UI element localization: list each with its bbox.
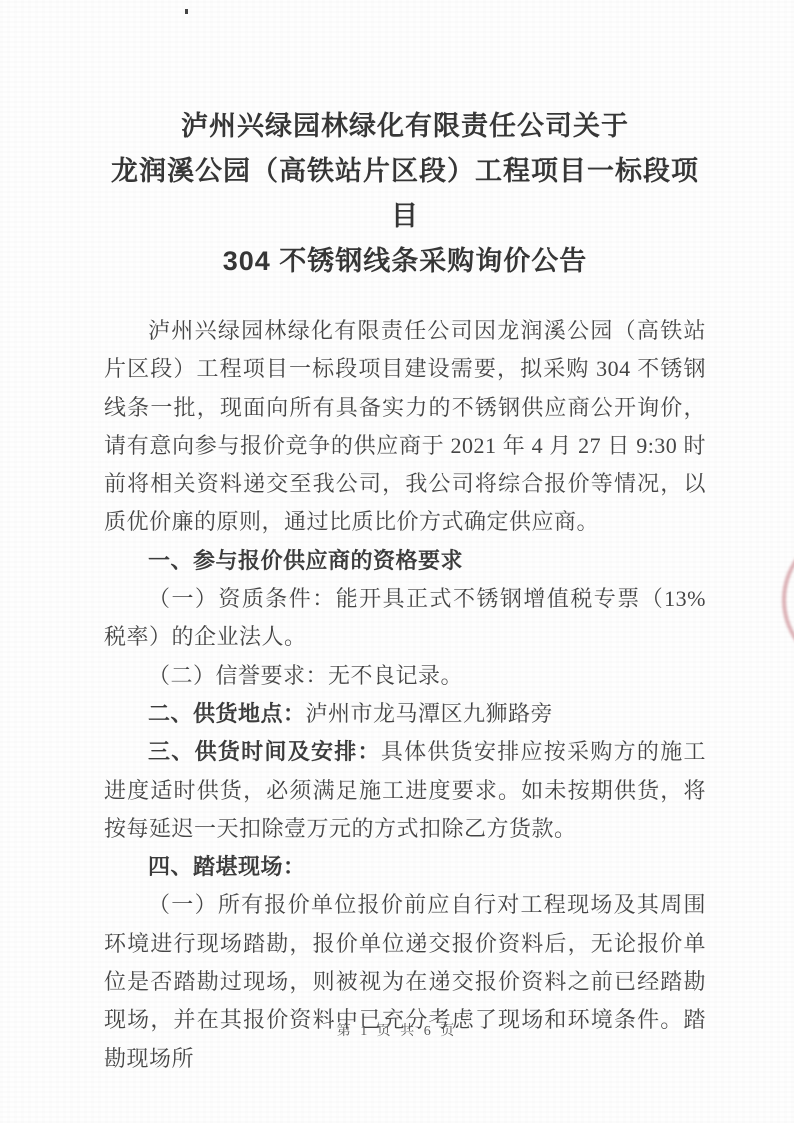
section-2-line: 二、供货地点：泸州市龙马潭区九狮路旁	[104, 695, 706, 733]
page-footer: 第 1 页 共 6 页	[0, 1020, 794, 1040]
document-body: 泸州兴绿园林绿化有限责任公司因龙润溪公园（高铁站片区段）工程项目一标段项目建设需…	[104, 312, 706, 1078]
section-3-line: 三、供货时间及安排：具体供货安排应按采购方的施工进度适时供货，必须满足施工进度要…	[104, 733, 706, 848]
document-title: 泸州兴绿园林绿化有限责任公司关于 龙润溪公园（高铁站片区段）工程项目一标段项目 …	[104, 104, 706, 284]
section-3-heading-label: 三、供货时间及安排：	[148, 739, 381, 764]
section-1-heading: 一、参与报价供应商的资格要求	[104, 542, 706, 580]
section-4-heading: 四、踏堪现场：	[104, 848, 706, 886]
title-line-1: 泸州兴绿园林绿化有限责任公司关于	[104, 104, 706, 149]
scanned-document-page: 泸州兴绿园林绿化有限责任公司关于 龙润溪公园（高铁站片区段）工程项目一标段项目 …	[0, 0, 794, 1123]
section-1-item-1: （一）资质条件：能开具正式不锈钢增值税专票（13%税率）的企业法人。	[104, 580, 706, 657]
intro-paragraph: 泸州兴绿园林绿化有限责任公司因龙润溪公园（高铁站片区段）工程项目一标段项目建设需…	[104, 312, 706, 542]
title-line-2: 龙润溪公园（高铁站片区段）工程项目一标段项目	[104, 149, 706, 239]
section-2-text: 泸州市龙马潭区九狮路旁	[306, 701, 554, 726]
red-seal-stamp-edge	[782, 528, 794, 672]
section-4-item-1: （一）所有报价单位报价前应自行对工程现场及其周围环境进行现场踏勘，报价单位递交报…	[104, 886, 706, 1077]
section-2-heading-label: 二、供货地点：	[148, 701, 306, 726]
scan-artifact-speck	[185, 9, 188, 14]
section-1-item-2: （二）信誉要求：无不良记录。	[104, 657, 706, 695]
page-number-indicator: 第 1 页 共 6 页	[337, 1024, 458, 1039]
document-content: 泸州兴绿园林绿化有限责任公司关于 龙润溪公园（高铁站片区段）工程项目一标段项目 …	[104, 104, 706, 1078]
title-line-3: 304 不锈钢线条采购询价公告	[104, 239, 706, 284]
